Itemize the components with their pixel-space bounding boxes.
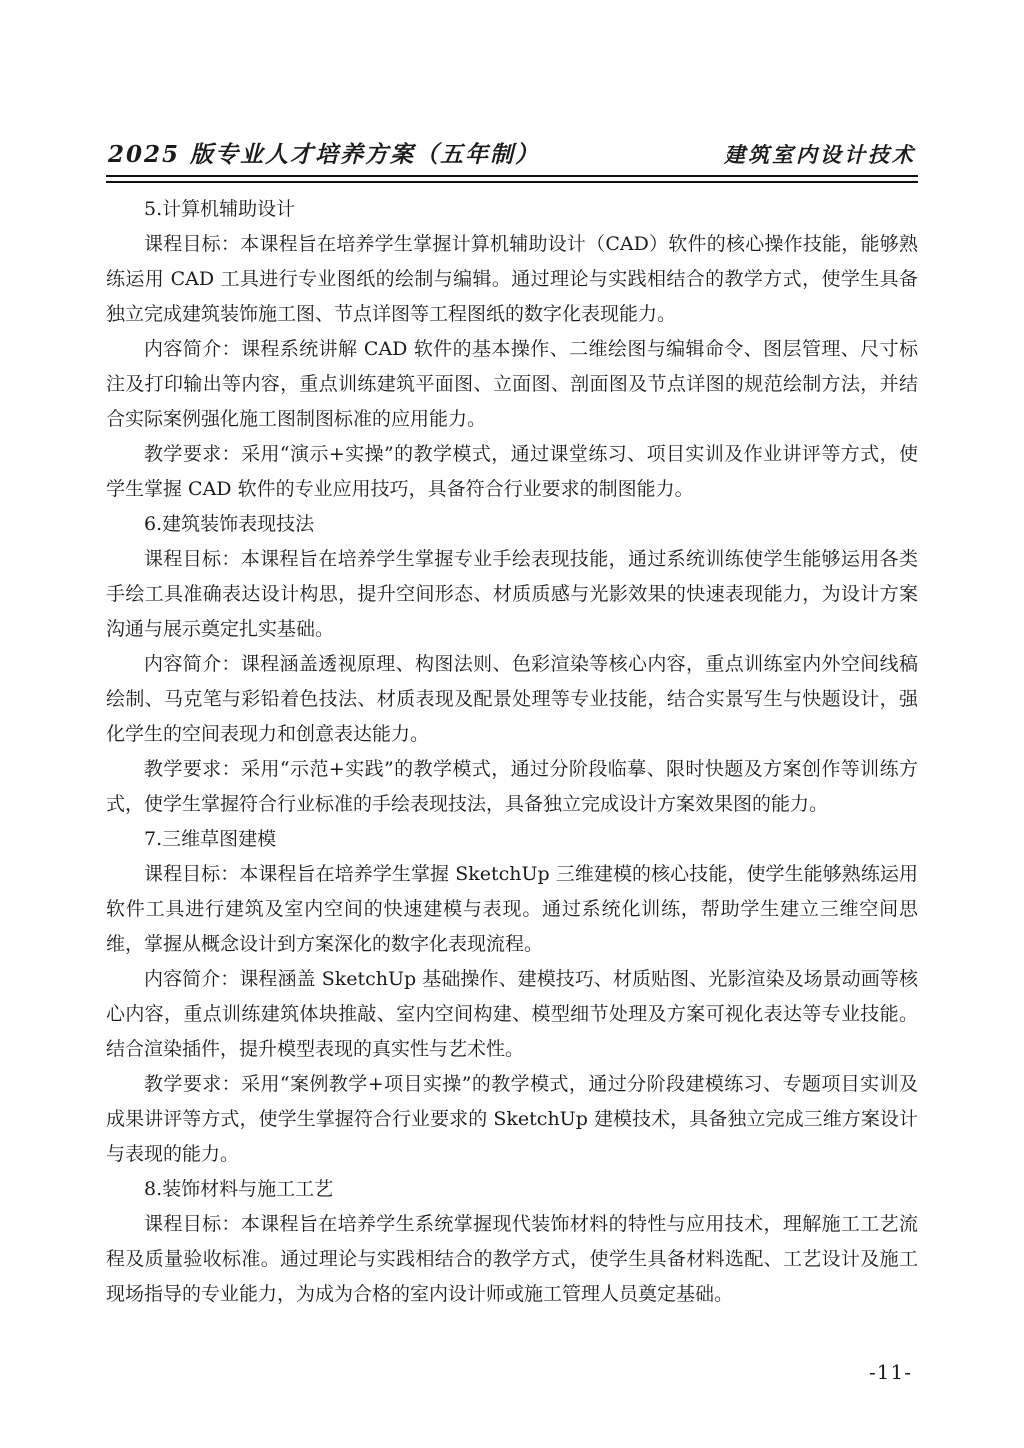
document-page: 2025 版专业人才培养方案（五年制） 建筑室内设计技术 5.计算机辅助设计 课… [0, 0, 1024, 1448]
page-header: 2025 版专业人才培养方案（五年制） 建筑室内设计技术 [106, 136, 918, 175]
section-heading-7: 7.三维草图建模 [106, 822, 918, 857]
section-heading-6: 6.建筑装饰表现技法 [106, 507, 918, 542]
section-6-teaching-requirement: 教学要求：采用“示范+实践”的教学模式，通过分阶段临摹、限时快题及方案创作等训练… [106, 752, 918, 822]
section-7-course-objective: 课程目标：本课程旨在培养学生掌握 SketchUp 三维建模的核心技能，使学生能… [106, 857, 918, 962]
section-heading-5: 5.计算机辅助设计 [106, 192, 918, 227]
page-footer: -11- [869, 1360, 912, 1384]
section-7-content-intro: 内容简介：课程涵盖 SketchUp 基础操作、建模技巧、材质贴图、光影渲染及场… [106, 962, 918, 1067]
section-8-course-objective: 课程目标：本课程旨在培养学生系统掌握现代装饰材料的特性与应用技术，理解施工工艺流… [106, 1207, 918, 1312]
section-6-course-objective: 课程目标：本课程旨在培养学生掌握专业手绘表现技能，通过系统训练使学生能够运用各类… [106, 542, 918, 647]
page-number: -11- [869, 1360, 912, 1384]
section-5-course-objective: 课程目标：本课程旨在培养学生掌握计算机辅助设计（CAD）软件的核心操作技能，能够… [106, 227, 918, 332]
header-right-title: 建筑室内设计技术 [724, 139, 916, 169]
section-5-content-intro: 内容简介：课程系统讲解 CAD 软件的基本操作、二维绘图与编辑命令、图层管理、尺… [106, 332, 918, 437]
section-7-teaching-requirement: 教学要求：采用“案例教学+项目实操”的教学模式，通过分阶段建模练习、专题项目实训… [106, 1067, 918, 1172]
section-6-content-intro: 内容简介：课程涵盖透视原理、构图法则、色彩渲染等核心内容，重点训练室内外空间线稿… [106, 647, 918, 752]
section-5-teaching-requirement: 教学要求：采用“演示+实操”的教学模式，通过课堂练习、项目实训及作业讲评等方式，… [106, 437, 918, 507]
header-double-rule [106, 175, 918, 183]
document-body: 5.计算机辅助设计 课程目标：本课程旨在培养学生掌握计算机辅助设计（CAD）软件… [106, 192, 918, 1312]
section-heading-8: 8.装饰材料与施工工艺 [106, 1172, 918, 1207]
header-left-title: 2025 版专业人才培养方案（五年制） [108, 136, 540, 169]
